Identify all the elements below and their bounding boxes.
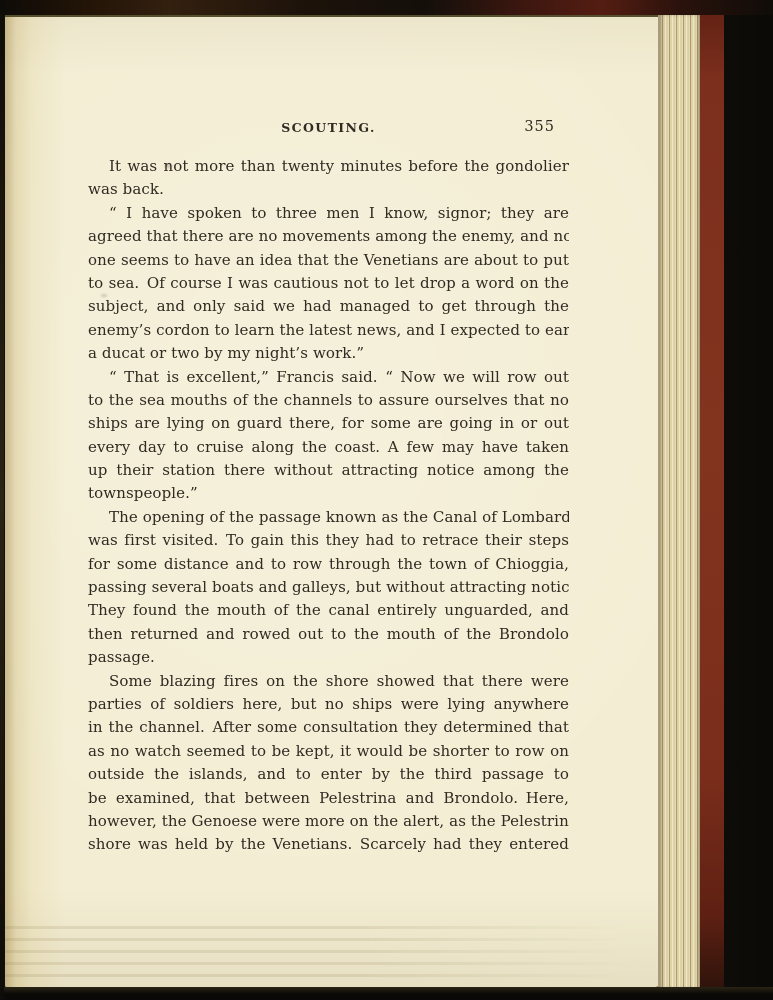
text-line: parties of soldiers here, but no ships w… — [88, 693, 569, 716]
page-header: SCOUTING. 355 — [88, 120, 569, 138]
text-line: The opening of the passage known as the … — [88, 506, 569, 529]
text-line: “ That is excellent,” Francis said. “ No… — [88, 366, 569, 389]
gutter-shadow — [5, 17, 65, 987]
text-line: “ I have spoken to three men I know, sig… — [88, 202, 569, 225]
text-line: enemy’s cordon to learn the latest news,… — [88, 319, 569, 342]
text-line: every day to cruise along the coast. A f… — [88, 436, 569, 459]
text-line: to the sea mouths of the channels to ass… — [88, 389, 569, 412]
photo-frame: SCOUTING. 355 It was not more than twent… — [0, 0, 773, 1000]
text-line: then returned and rowed out to the mouth… — [88, 623, 569, 646]
text-line: It was not more than twenty minutes befo… — [88, 155, 569, 178]
text-line: was back. — [88, 178, 569, 201]
book-cover-edge — [700, 0, 724, 996]
text-line: Some blazing fires on the shore showed t… — [88, 670, 569, 693]
top-shadow-band — [0, 0, 773, 15]
page-body: It was not more than twenty minutes befo… — [88, 155, 569, 857]
text-line: a ducat or two by my night’s work.” — [88, 342, 569, 365]
running-title: SCOUTING. — [88, 120, 569, 135]
text-line: up their station there without attractin… — [88, 459, 569, 482]
text-line: shore was held by the Venetians. Scarcel… — [88, 833, 569, 856]
text-line: for some distance and to row through the… — [88, 553, 569, 576]
text-line: as no watch seemed to be kept, it would … — [88, 740, 569, 763]
book-fore-edge-pages — [658, 13, 702, 990]
text-line: outside the islands, and to enter by the… — [88, 763, 569, 786]
text-line: ships are lying on guard there, for some… — [88, 412, 569, 435]
text-line: agreed that there are no movements among… — [88, 225, 569, 248]
page-number: 355 — [524, 119, 555, 135]
text-line: be examined, that between Pelestrina and… — [88, 787, 569, 810]
left-dark-edge — [0, 0, 4, 1000]
text-line: was first visited. To gain this they had… — [88, 529, 569, 552]
text-line: however, the Genoese were more on the al… — [88, 810, 569, 833]
text-line: passing several boats and galleys, but w… — [88, 576, 569, 599]
text-line: They found the mouth of the canal entire… — [88, 599, 569, 622]
text-line: one seems to have an idea that the Venet… — [88, 249, 569, 272]
page-bottom-shadow — [5, 921, 661, 979]
text-line: to sea. Of course I was cautious not to … — [88, 272, 569, 295]
bottom-shadow-band — [0, 987, 773, 1000]
text-line: passage. — [88, 646, 569, 669]
text-line: townspeople.” — [88, 482, 569, 505]
text-column: SCOUTING. 355 It was not more than twent… — [88, 120, 569, 857]
text-line: in the channel. After some consultation … — [88, 716, 569, 739]
text-line: subject, and only said we had managed to… — [88, 295, 569, 318]
